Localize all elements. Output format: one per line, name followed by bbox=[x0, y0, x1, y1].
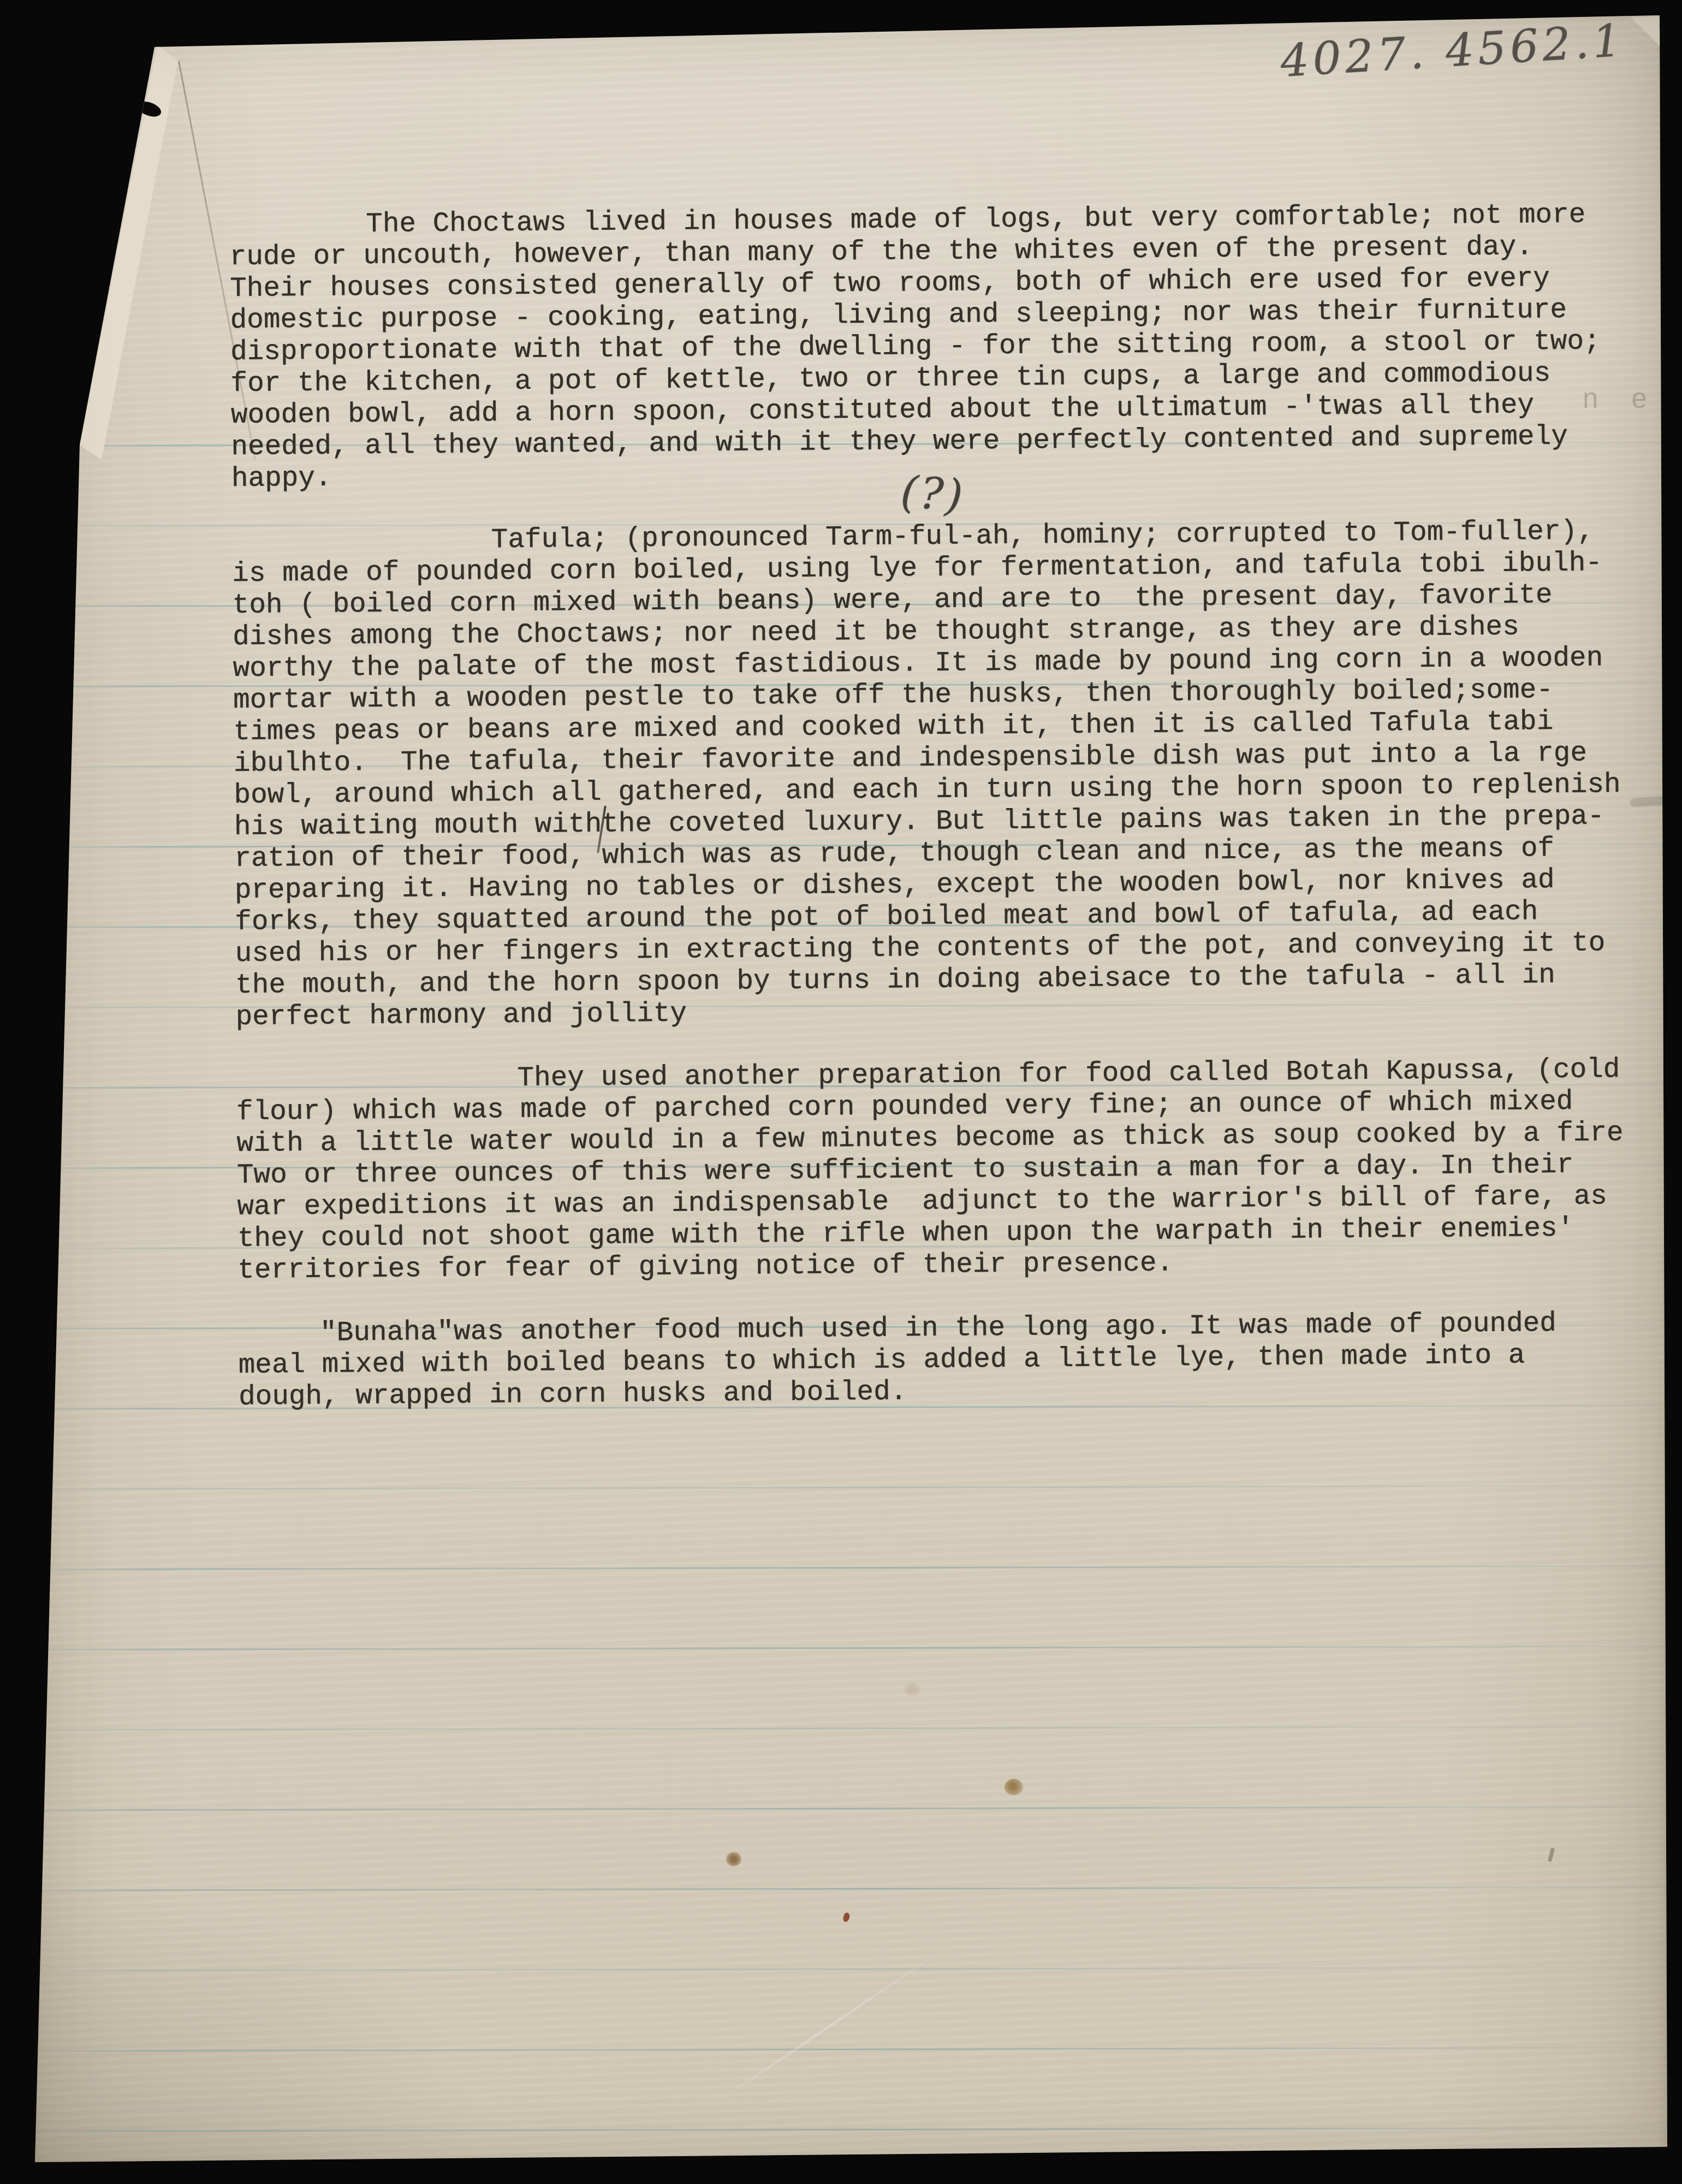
ruled-line bbox=[32, 1565, 1667, 1570]
ruled-line bbox=[32, 2047, 1667, 2052]
paper-sheet: 4027. 4562.1 (?) n e The Choctaws lived … bbox=[32, 11, 1667, 2167]
typed-text-block: The Choctaws lived in houses made of log… bbox=[229, 199, 1682, 1414]
scanned-page-background: 4027. 4562.1 (?) n e The Choctaws lived … bbox=[0, 0, 1682, 2184]
stain-spot bbox=[1005, 1779, 1023, 1795]
stain-spot bbox=[726, 1852, 741, 1866]
ruled-line bbox=[32, 1485, 1667, 1490]
torn-paper-speck bbox=[116, 114, 132, 127]
ruled-line bbox=[32, 1886, 1667, 1891]
typed-paragraph: Tafula; (pronounced Tarm-ful-ah, hominy;… bbox=[232, 515, 1682, 1034]
typed-paragraph: "Bunaha"was another food much used in th… bbox=[238, 1307, 1682, 1414]
stain-spot bbox=[843, 1912, 851, 1922]
ruled-line bbox=[32, 1806, 1667, 1811]
typed-paragraph: The Choctaws lived in houses made of log… bbox=[229, 199, 1682, 495]
catalog-number-handwritten: 4027. 4562.1 bbox=[1279, 15, 1626, 87]
ruled-line bbox=[32, 1967, 1667, 1972]
stain-spot bbox=[904, 1683, 920, 1696]
paper-crease-highlight bbox=[702, 1940, 956, 2113]
staple-tear-hole bbox=[136, 99, 163, 119]
ruled-line bbox=[32, 1646, 1667, 1651]
staple-tear-hole bbox=[63, 130, 84, 145]
torn-paper-speck bbox=[93, 120, 115, 136]
ruled-line bbox=[32, 2127, 1667, 2132]
ruled-line bbox=[32, 1726, 1667, 1731]
pencil-tick bbox=[1548, 1848, 1555, 1862]
typed-paragraph: They used another preparation for food c… bbox=[236, 1054, 1682, 1287]
